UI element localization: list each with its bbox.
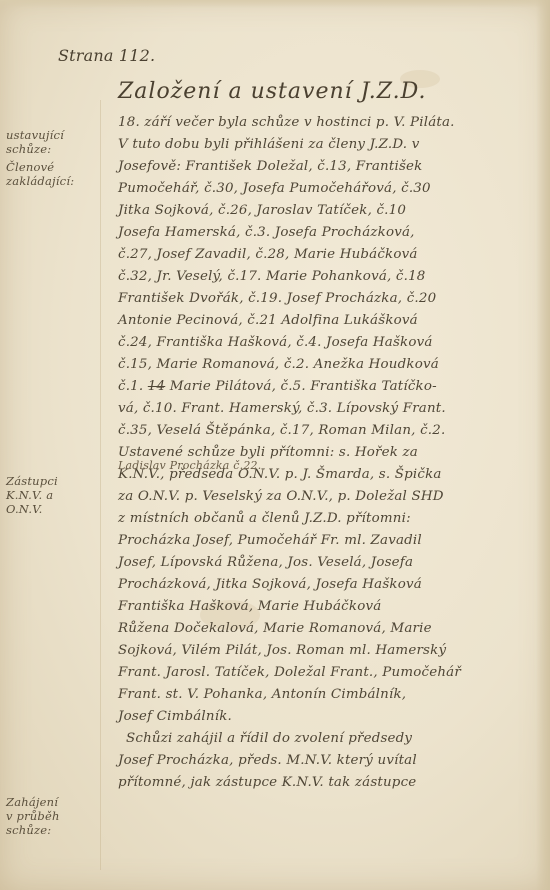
struck-out-text: 14 xyxy=(148,379,165,394)
inserted-line: Ladislav Procházka č.22. xyxy=(118,459,261,472)
text-line: Pumočehář, č.30, Josefa Pumočehářová, č.… xyxy=(118,178,431,200)
text-line: Procházka Josef, Pumočehář Fr. ml. Zavad… xyxy=(118,530,422,552)
text-line: Procházková, Jitka Sojková, Josefa Haško… xyxy=(118,574,422,596)
text-line: Josefa Hamerská, č.3. Josefa Procházková… xyxy=(118,222,415,244)
text-line: V tuto dobu byli přihlášeni za členy J.Z… xyxy=(118,134,419,156)
margin-rule xyxy=(100,100,101,870)
text-line: Josef Procházka, předs. M.N.V. který uví… xyxy=(118,750,417,772)
text-line: č.15, Marie Romanová, č.2. Anežka Houdko… xyxy=(118,354,439,376)
text-line: Josef, Lípovská Růžena, Jos. Veselá, Jos… xyxy=(118,552,413,574)
text-line: za O.N.V. p. Veselský za O.N.V., p. Dole… xyxy=(118,486,444,508)
text-line: přítomné, jak zástupce K.N.V. tak zástup… xyxy=(118,772,416,794)
text-line: č.35, Veselá Štěpánka, č.17, Roman Milan… xyxy=(118,420,445,442)
text-line: 18. září večer byla schůze v hostinci p.… xyxy=(118,112,455,134)
margin-note-zastupci: ZástupciK.N.V. a O.N.V. xyxy=(6,474,91,516)
text-line: z místních občanů a členů J.Z.D. přítomn… xyxy=(118,508,411,530)
margin-note-ustavujici: ustavujícíschůze: xyxy=(6,128,91,156)
text-line: Františka Hašková, Marie Hubáčková xyxy=(118,596,381,618)
text-line: Josef Cimbálník. xyxy=(118,706,232,728)
text-line: č.1. 14 Marie Pilátová, č.5. Františka T… xyxy=(118,376,437,398)
text-line: Antonie Pecinová, č.21 Adolfina Lukáškov… xyxy=(118,310,418,332)
text-line: č.32, Jr. Veselý, č.17. Marie Pohanková,… xyxy=(118,266,426,288)
page-edge-right xyxy=(536,0,550,890)
document-page: Strana 112. Založení a ustavení J.Z.D. u… xyxy=(0,0,550,890)
text-line: č.27, Josef Zavadil, č.28, Marie Hubáčko… xyxy=(118,244,418,266)
text-line: č.24, Františka Hašková, č.4. Josefa Haš… xyxy=(118,332,433,354)
text-line: vá, č.10. Frant. Hamerský, č.3. Lípovský… xyxy=(118,398,446,420)
text-line: František Dvořák, č.19. Josef Procházka,… xyxy=(118,288,436,310)
margin-note-clenove: Členovézakládající: xyxy=(6,160,91,188)
margin-note-line: Zástupci xyxy=(6,474,91,488)
margin-note-line: schůze: xyxy=(6,142,91,156)
margin-note-zahajeni: Zahájenív průběhschůze: xyxy=(6,795,91,837)
margin-note-line: v průběh xyxy=(6,809,91,823)
text-line: Sojková, Vilém Pilát, Jos. Roman ml. Ham… xyxy=(118,640,446,662)
page-number: Strana 112. xyxy=(58,46,155,65)
margin-note-line: K.N.V. a O.N.V. xyxy=(6,488,91,516)
text-line: Frant. Jarosl. Tatíček, Doležal Frant., … xyxy=(118,662,461,684)
text-line: Růžena Dočekalová, Marie Romanová, Marie xyxy=(118,618,432,640)
text-line: Schůzi zahájil a řídil do zvolení předse… xyxy=(126,728,412,750)
margin-note-line: ustavující xyxy=(6,128,91,142)
page-title: Založení a ustavení J.Z.D. xyxy=(118,79,427,104)
text-line: Jitka Sojková, č.26, Jaroslav Tatíček, č… xyxy=(118,200,406,222)
page-edge-top xyxy=(0,0,550,8)
margin-note-line: Zahájení xyxy=(6,795,91,809)
text-line: Frant. st. V. Pohanka, Antonín Cimbálník… xyxy=(118,684,406,706)
margin-note-line: schůze: xyxy=(6,823,91,837)
margin-note-line: Členové xyxy=(6,160,91,174)
margin-note-line: zakládající: xyxy=(6,174,91,188)
text-line: Josefově: František Doležal, č.13, Frant… xyxy=(118,156,422,178)
